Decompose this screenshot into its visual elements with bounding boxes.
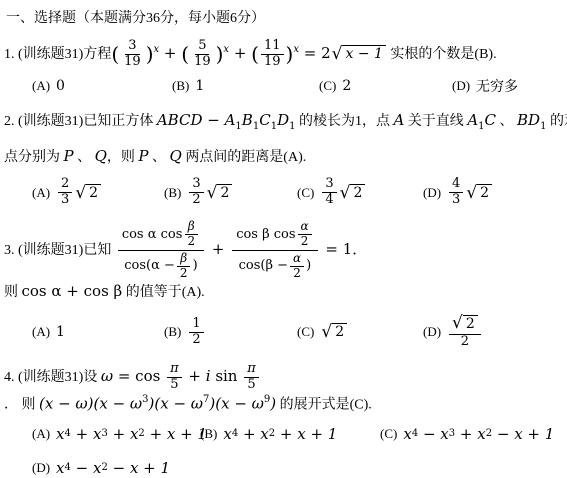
- point-P: P: [64, 147, 74, 165]
- numerator: β: [177, 252, 190, 267]
- q1-option-b: (B)1: [172, 78, 319, 94]
- cos-product: cos α cos: [122, 226, 183, 244]
- q2-option-b: (B)32√2: [164, 177, 297, 208]
- radical-icon: √: [332, 45, 343, 64]
- question-2-lead: 2. (训练题31)已知正方体: [4, 114, 157, 129]
- numerator: cos β cosα2: [232, 220, 317, 251]
- question-4-options-row1: (A)x4 + x3 + x2 + x + 1 (B)x4 + x2 + x +…: [4, 425, 563, 443]
- numerator: 2: [58, 177, 72, 193]
- fraction: β2: [184, 220, 198, 249]
- section-heading: 一、选择题（本题满分36分，每小题6分）: [6, 7, 563, 27]
- option-label: (D): [423, 324, 441, 340]
- product-factor: (x − ω)(x − ω: [39, 394, 142, 412]
- numerator: π: [167, 362, 182, 378]
- text-run: 的对称: [546, 114, 567, 129]
- option-value: 1: [56, 324, 65, 340]
- square-root: √x − 1: [332, 45, 386, 64]
- sin-function: sin: [211, 367, 243, 385]
- denominator: cos(β −α2): [235, 251, 316, 281]
- fraction: 43: [449, 177, 463, 208]
- denominator: cos(α −β2): [120, 251, 201, 281]
- q4-option-c: (C)x4 − x3 + x2 − x + 1: [380, 425, 563, 443]
- left-paren: (: [111, 42, 119, 66]
- q4-option-a: (A)x4 + x3 + x2 + x + 1: [32, 425, 200, 443]
- option-label: (D): [32, 460, 50, 476]
- enumeration-comma: 、: [74, 150, 95, 165]
- operator: −: [71, 459, 93, 477]
- line-BD1: BD: [517, 111, 540, 129]
- numerator: 3: [189, 177, 203, 193]
- point-P: P: [138, 147, 148, 165]
- question-4-options-row2: (D)x4 − x2 − x + 1: [4, 459, 563, 477]
- radicand: x − 1: [342, 45, 385, 64]
- omega-symbol: ω: [101, 367, 113, 385]
- option-label: (C): [297, 185, 314, 201]
- question-4-tail: 的展开式是(C).: [276, 397, 372, 412]
- fraction: 519: [191, 39, 214, 70]
- poly-term: x: [56, 425, 64, 443]
- cos-difference: cos(α −: [124, 257, 175, 275]
- option-label: (A): [32, 78, 50, 94]
- cos-difference: cos(β −: [239, 257, 288, 275]
- question-3: 3. (训练题31)已知 cos α cosβ2cos(α −β2) + cos…: [4, 220, 563, 350]
- fraction: 34: [322, 177, 336, 208]
- numerator: 1: [189, 317, 203, 333]
- poly-rest: − x + 1: [108, 459, 170, 477]
- denominator: 3: [58, 193, 72, 208]
- cos-product: cos β cos: [236, 226, 295, 244]
- poly-term: x: [93, 425, 101, 443]
- fraction: 319: [121, 39, 144, 70]
- question-4-lead: 4. (训练题31)设: [4, 370, 101, 385]
- question-1-stem: 1. (训练题31)方程(319)x + (519)x + (1119)x = …: [4, 39, 563, 70]
- radicand: 2: [463, 315, 478, 332]
- question-1-tail: 实根的个数是(B).: [387, 47, 497, 62]
- operator: +: [455, 425, 477, 443]
- right-paren: ): [306, 257, 311, 275]
- text-run: ． 则: [4, 397, 39, 412]
- radicand: 2: [350, 184, 365, 203]
- radical-icon: √: [75, 184, 86, 203]
- denominator: 5: [167, 378, 181, 393]
- question-2: 2. (训练题31)已知正方体 ABCD − A1B1C1D1 的棱长为1，点 …: [4, 110, 563, 208]
- minus-sign: −: [202, 111, 224, 129]
- fraction: α2: [298, 220, 312, 249]
- denominator: 2: [189, 333, 203, 348]
- product-factor: )(x − ω: [149, 394, 204, 412]
- poly-term: x: [93, 459, 101, 477]
- denominator: 2: [298, 235, 312, 249]
- poly-term: x: [56, 459, 64, 477]
- poly-rest: + x + 1: [275, 425, 337, 443]
- poly-term: x: [130, 425, 138, 443]
- q1-option-c: (C)2: [319, 78, 452, 94]
- radicand: 2: [477, 184, 492, 203]
- option-label: (D): [452, 78, 470, 94]
- text-run: 则: [4, 285, 22, 300]
- square-root: √2: [207, 184, 233, 203]
- option-label: (A): [32, 324, 50, 340]
- fraction: π5: [167, 362, 182, 393]
- denominator: 4: [322, 193, 336, 208]
- enumeration-comma: 、: [149, 150, 170, 165]
- option-label: (B): [200, 426, 217, 442]
- poly-term: x: [223, 425, 231, 443]
- q1-option-a: (A)0: [32, 78, 172, 94]
- product-factor: )(x − ω: [209, 394, 264, 412]
- square-root: √2: [321, 323, 347, 342]
- q3-option-a: (A)1: [32, 324, 164, 340]
- poly-rest: − x + 1: [492, 425, 554, 443]
- cos-sum-expression: cos α + cos β: [22, 282, 123, 300]
- denominator: 2: [189, 193, 203, 208]
- denominator: 2: [458, 335, 472, 350]
- option-value: 0: [56, 78, 65, 94]
- question-2-tail: 两点间的距离是(A).: [182, 150, 306, 165]
- numerator: cos α cosβ2: [118, 220, 204, 251]
- text-run: ，则: [107, 150, 139, 165]
- plus-sign: +: [159, 44, 181, 62]
- question-2-stem-line1: 2. (训练题31)已知正方体 ABCD − A1B1C1D1 的棱长为1，点 …: [4, 110, 563, 134]
- q2-option-c: (C)34√2: [297, 177, 423, 208]
- text-run: 的棱长为1，点: [295, 114, 393, 129]
- poly-term: x: [403, 425, 411, 443]
- poly-term: x: [477, 425, 485, 443]
- operator: −: [418, 425, 440, 443]
- radical-icon: √: [207, 184, 218, 203]
- q3-option-d: (D)√22: [423, 314, 563, 349]
- option-label: (B): [172, 78, 189, 94]
- denominator: 3: [449, 193, 463, 208]
- radical-icon: √: [340, 184, 351, 203]
- question-1-options: (A)0 (B)1 (C)2 (D)无穷多: [4, 76, 563, 96]
- question-2-stem-line2: 点分别为 P 、 Q，则 P 、 Q 两点间的距离是(A).: [4, 146, 563, 168]
- poly-term: x: [440, 425, 448, 443]
- line-A1C-end: C: [485, 111, 496, 129]
- exam-page: 一、选择题（本题满分36分，每小题6分） 1. (训练题31)方程(319)x …: [0, 0, 567, 477]
- question-2-options: (A)23√2 (B)32√2 (C)34√2 (D)43√2: [4, 177, 563, 208]
- square-root: √2: [75, 184, 101, 203]
- poly-rest: + x + 1: [145, 425, 207, 443]
- plus-sign: +: [207, 240, 229, 258]
- numerator: 5: [195, 39, 209, 55]
- q3-option-c: (C)√2: [297, 323, 423, 342]
- denominator: 2: [177, 267, 191, 281]
- question-3-lead: 3. (训练题31)已知: [4, 243, 115, 258]
- question-3-options: (A)1 (B)12 (C)√2 (D)√22: [4, 314, 563, 349]
- fraction: 23: [58, 177, 72, 208]
- option-label: (C): [319, 78, 336, 94]
- q2-option-d: (D)43√2: [423, 177, 563, 208]
- denominator: 5: [244, 378, 258, 393]
- right-paren: ): [146, 42, 154, 66]
- question-3-stem: 3. (训练题31)已知 cos α cosβ2cos(α −β2) + cos…: [4, 220, 563, 302]
- option-label: (C): [297, 324, 314, 340]
- radical-icon: √: [321, 323, 332, 342]
- denominator: 2: [184, 235, 198, 249]
- radicand: 2: [332, 323, 347, 342]
- numerator: √2: [449, 314, 481, 335]
- q2-option-a: (A)23√2: [32, 177, 164, 208]
- numerator: 11: [261, 39, 284, 55]
- radicand: 2: [86, 184, 101, 203]
- square-root: √2: [340, 184, 366, 203]
- plus-sign: +: [229, 44, 251, 62]
- option-value: 2: [342, 78, 351, 94]
- point-A: A: [393, 111, 404, 129]
- vertex-B1: B: [242, 111, 253, 129]
- enumeration-comma: 、: [496, 114, 517, 129]
- operator: +: [108, 425, 130, 443]
- question-3-tail: 的值等于(A).: [122, 285, 204, 300]
- option-value: 1: [195, 78, 204, 94]
- equals-coefficient: = 2: [299, 44, 331, 62]
- question-4-stem: 4. (训练题31)设 ω = cos π5 + i sin π5． 则 (x …: [4, 362, 563, 415]
- poly-term: x: [260, 425, 268, 443]
- q3-option-b: (B)12: [164, 317, 297, 348]
- line-A1C: A: [467, 111, 478, 129]
- option-label: (B): [164, 185, 181, 201]
- compound-fraction: cos β cosα2cos(β −α2): [232, 220, 317, 280]
- denominator: 19: [261, 55, 284, 70]
- compound-fraction: cos α cosβ2cos(α −β2): [118, 220, 204, 280]
- option-label: (B): [164, 324, 181, 340]
- radicand: 2: [217, 184, 232, 203]
- denominator: 19: [191, 55, 214, 70]
- question-1: 1. (训练题31)方程(319)x + (519)x + (1119)x = …: [4, 39, 563, 96]
- fraction: 32: [189, 177, 203, 208]
- radical-icon: √: [466, 184, 477, 203]
- question-1-lead: 1. (训练题31)方程: [4, 47, 111, 62]
- numerator: α: [298, 220, 312, 235]
- question-4: 4. (训练题31)设 ω = cos π5 + i sin π5． 则 (x …: [4, 362, 563, 477]
- left-paren: (: [181, 42, 189, 66]
- numerator: 3: [322, 177, 336, 193]
- operator: +: [238, 425, 260, 443]
- vertex-A1: A: [225, 111, 236, 129]
- option-label: (C): [380, 426, 397, 442]
- text-run: 点分别为: [4, 150, 64, 165]
- point-Q: Q: [170, 147, 182, 165]
- option-label: (D): [423, 185, 441, 201]
- numerator: α: [290, 252, 304, 267]
- fraction: 12: [189, 317, 203, 348]
- left-paren: (: [251, 42, 259, 66]
- numerator: π: [244, 362, 259, 378]
- plus-sign: +: [184, 367, 206, 385]
- fraction: 1119: [261, 39, 284, 70]
- q4-option-d: (D)x4 − x2 − x + 1: [32, 459, 563, 477]
- fraction: α2: [290, 252, 304, 281]
- denominator: 19: [121, 55, 144, 70]
- option-value: 无穷多: [476, 76, 518, 96]
- square-root: √2: [466, 184, 492, 203]
- option-label: (A): [32, 185, 50, 201]
- equals-one: = 1．: [321, 240, 368, 258]
- point-Q: Q: [95, 147, 107, 165]
- numerator: 3: [125, 39, 139, 55]
- fraction: π5: [244, 362, 259, 393]
- right-paren: ): [193, 257, 198, 275]
- vertex-D1: D: [277, 111, 289, 129]
- q1-option-d: (D)无穷多: [452, 76, 563, 96]
- numerator: β: [185, 220, 198, 235]
- cube-vertices: ABCD: [157, 111, 203, 129]
- text-run: 关于直线: [404, 114, 467, 129]
- equals-cos: = cos: [113, 367, 165, 385]
- radical-icon: √: [452, 313, 463, 333]
- fraction: β2: [177, 252, 191, 281]
- denominator: 2: [290, 267, 304, 281]
- numerator: 4: [449, 177, 463, 193]
- fraction: √22: [449, 314, 481, 349]
- q4-option-b: (B)x4 + x2 + x + 1: [200, 425, 380, 443]
- operator: +: [71, 425, 93, 443]
- option-label: (A): [32, 426, 50, 442]
- vertex-C1: C: [259, 111, 270, 129]
